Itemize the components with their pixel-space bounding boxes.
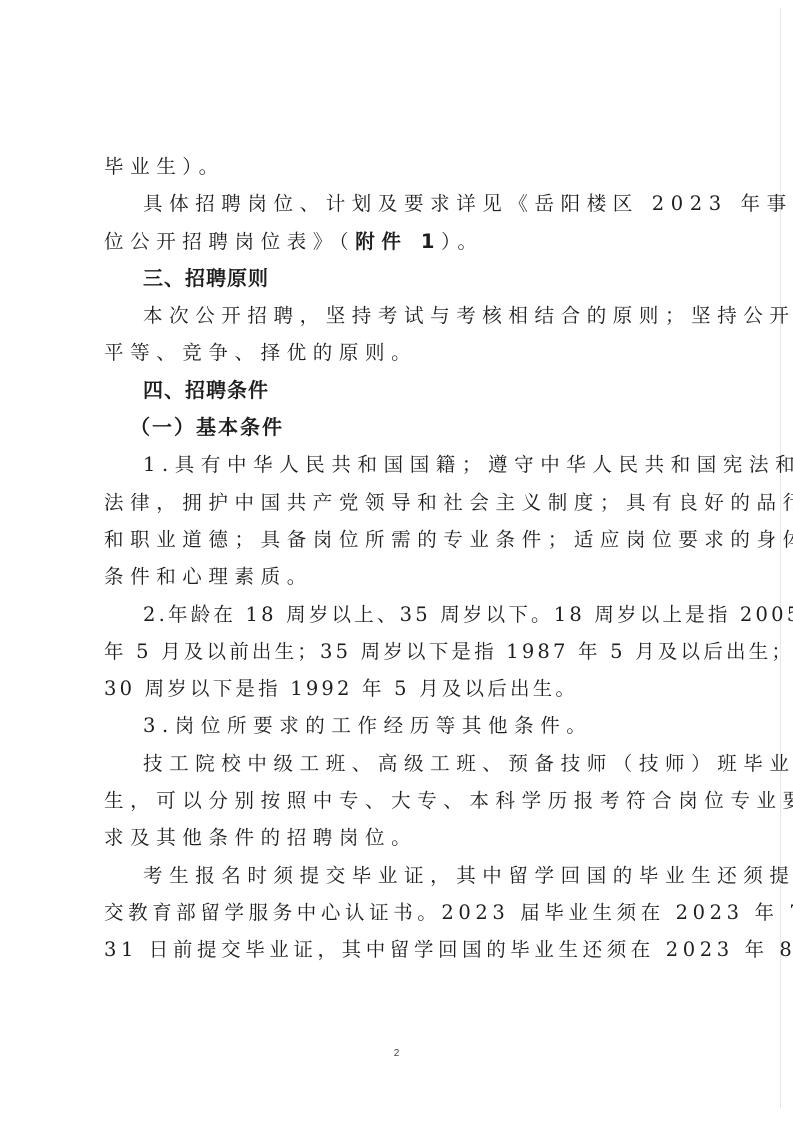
paragraph-line: 30 周岁以下是指 1992 年 5 月及以后出生。 [104, 670, 684, 707]
subsection-heading-basic-conditions: （一）基本条件 [104, 409, 684, 446]
section-heading-conditions: 四、招聘条件 [104, 372, 684, 409]
paragraph-line: 具体招聘岗位、计划及要求详见《岳阳楼区 2023 年事业单 [104, 185, 684, 222]
paragraph-line: 交教育部留学服务中心认证书。2023 届毕业生须在 2023 年 7 月 [104, 894, 684, 931]
paragraph-line: 法律，拥护中国共产党领导和社会主义制度；具有良好的品行 [104, 484, 684, 521]
paragraph-line: 位公开招聘岗位表》（附件 1）。 [104, 223, 684, 260]
text-segment: 位公开招聘岗位表》（ [104, 230, 355, 253]
paragraph-line: 31 日前提交毕业证，其中留学回国的毕业生还须在 2023 年 8 月 [104, 931, 684, 968]
paragraph-line: 年 5 月及以前出生；35 周岁以下是指 1987 年 5 月及以后出生； [104, 633, 684, 670]
page-number: 2 [0, 1048, 793, 1059]
text-segment: ）。 [441, 230, 483, 253]
paragraph-line: 毕业生）。 [104, 148, 684, 185]
paragraph-line: 1.具有中华人民共和国国籍；遵守中华人民共和国宪法和 [104, 446, 684, 483]
paragraph-line: 考生报名时须提交毕业证，其中留学回国的毕业生还须提 [104, 857, 684, 894]
document-body: 毕业生）。 具体招聘岗位、计划及要求详见《岳阳楼区 2023 年事业单 位公开招… [104, 148, 684, 969]
paragraph-line: 条件和心理素质。 [104, 558, 684, 595]
paragraph-line: 3.岗位所要求的工作经历等其他条件。 [104, 707, 684, 744]
paragraph-line: 技工院校中级工班、高级工班、预备技师（技师）班毕业 [104, 745, 684, 782]
attachment-reference: 附件 1 [355, 230, 441, 253]
paragraph-line: 生，可以分别按照中专、大专、本科学历报考符合岗位专业要 [104, 782, 684, 819]
paragraph-line: 求及其他条件的招聘岗位。 [104, 819, 684, 856]
paragraph-line: 平等、竞争、择优的原则。 [104, 334, 684, 371]
section-heading-principles: 三、招聘原则 [104, 260, 684, 297]
paragraph-line: 和职业道德；具备岗位所需的专业条件；适应岗位要求的身体 [104, 521, 684, 558]
paragraph-line: 2.年龄在 18 周岁以上、35 周岁以下。18 周岁以上是指 2005 [104, 596, 684, 633]
paragraph-line: 本次公开招聘，坚持考试与考核相结合的原则；坚持公开、 [104, 297, 684, 334]
